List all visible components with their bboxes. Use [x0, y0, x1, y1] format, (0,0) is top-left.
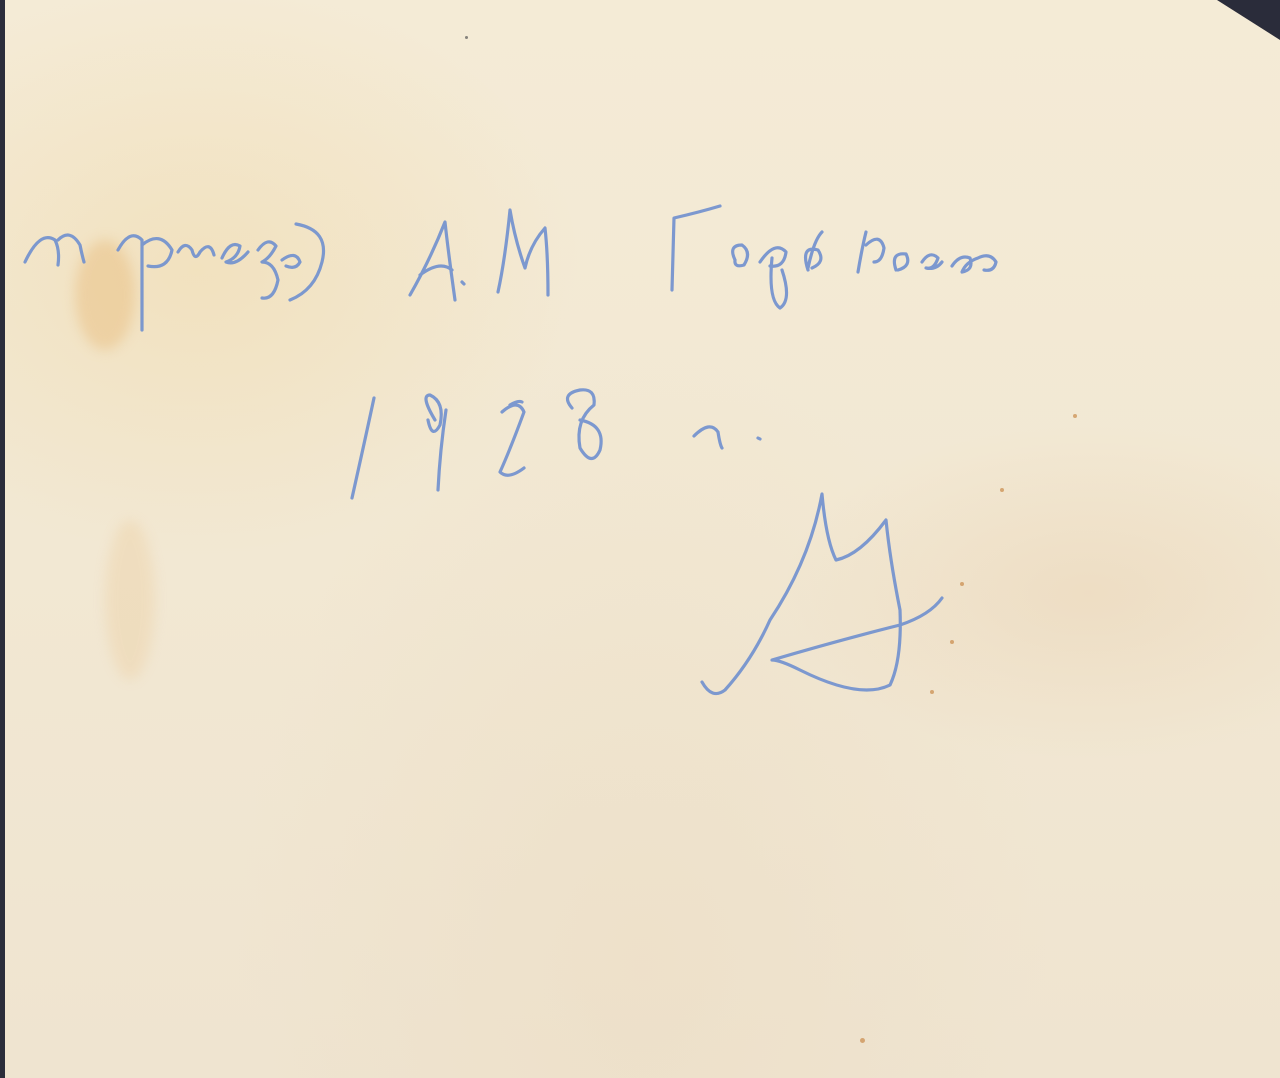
signature-monogram	[702, 494, 942, 694]
word-priezd	[25, 224, 324, 330]
handwriting-ink	[0, 0, 1280, 1078]
initials-am	[410, 210, 548, 300]
word-gorkogo	[672, 206, 996, 308]
year-1928	[352, 390, 760, 498]
scene: приезд А.М. Горького 1928 г.	[0, 0, 1280, 1078]
